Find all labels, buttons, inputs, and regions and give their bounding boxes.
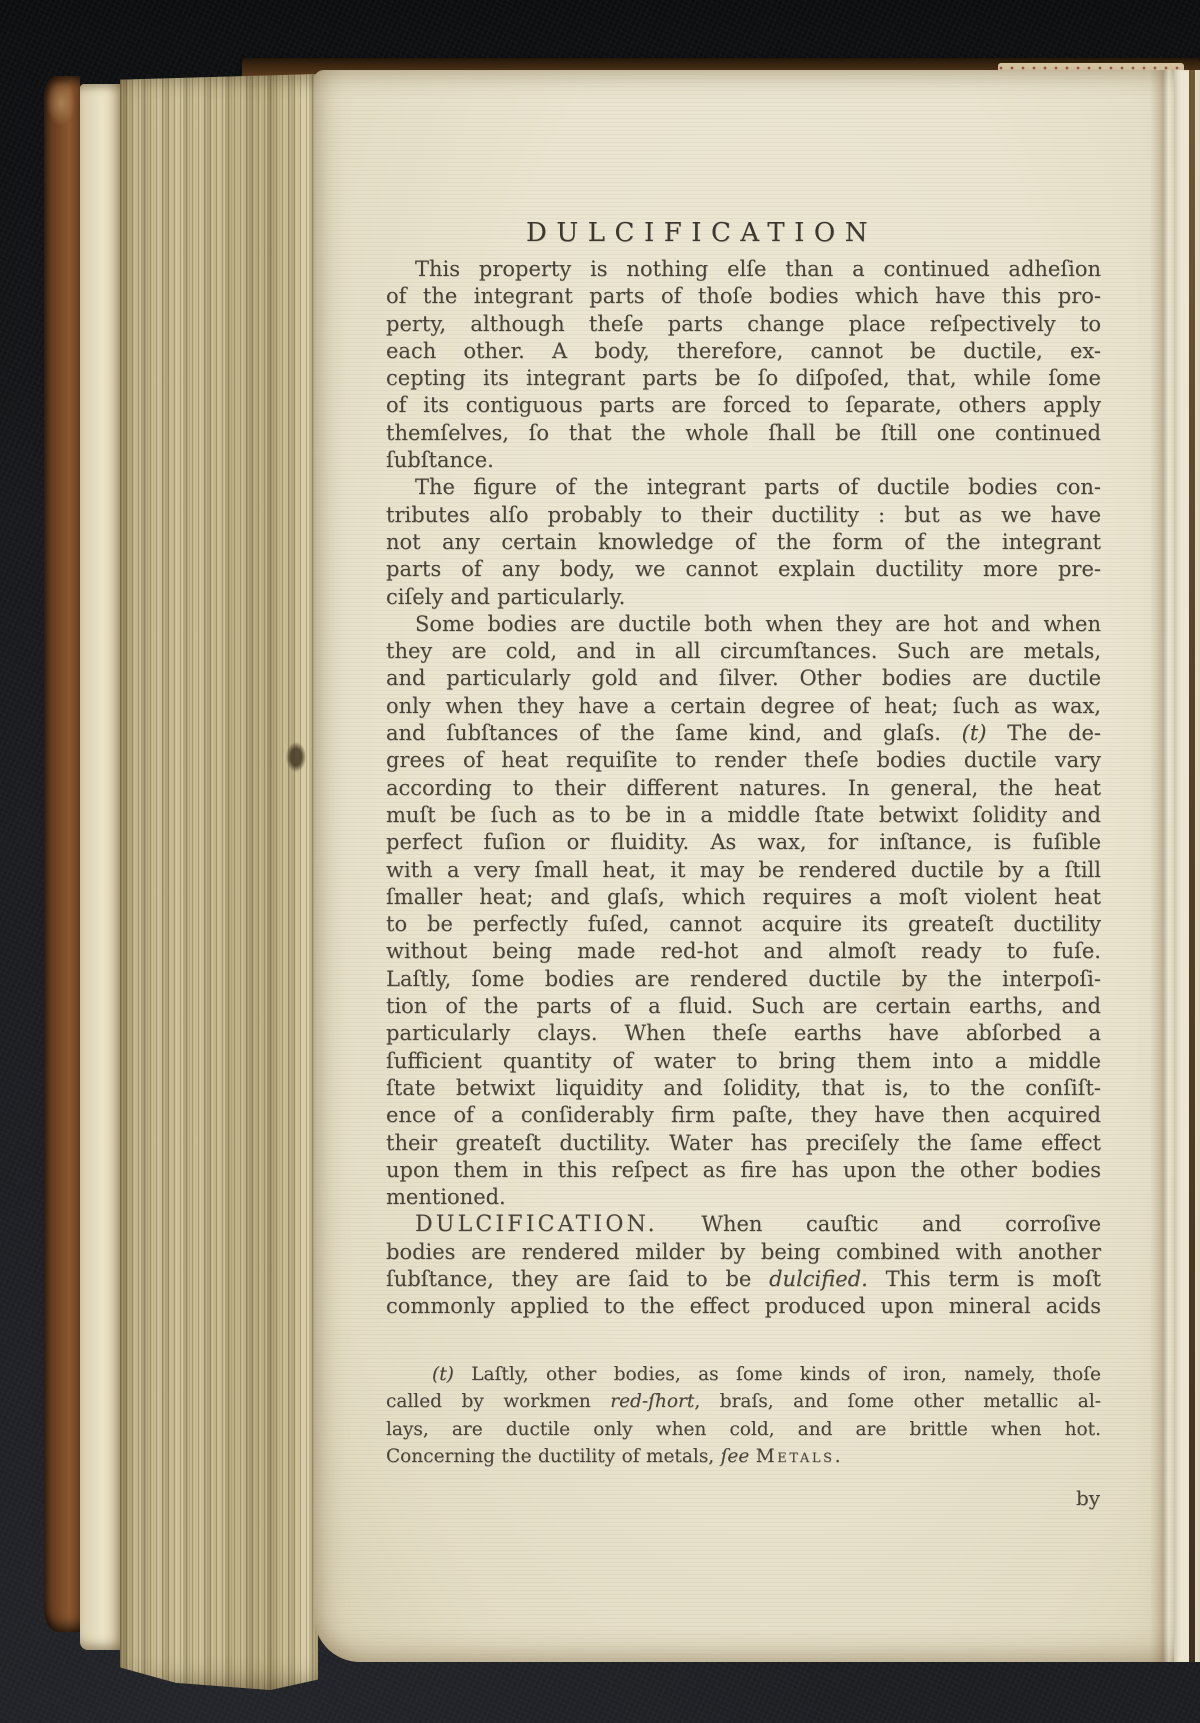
- book: DULCIFICATION This property is nothing e…: [44, 58, 1200, 1670]
- leather-cover-edge: [44, 76, 80, 1632]
- book-photograph: DULCIFICATION This property is nothing e…: [0, 0, 1200, 1723]
- paragraph: DULCIFICATION. When cauſtic and corroſiv…: [386, 1211, 1101, 1320]
- fore-edge-stain: [286, 742, 306, 772]
- text-line: particularly clays. When theſe earths ha…: [386, 1020, 1101, 1047]
- text-line: ſmaller heat; and glaſs, which requires …: [386, 884, 1101, 911]
- text-line: to be perfectly fuſed, cannot acquire it…: [386, 911, 1101, 938]
- text-line: tributes alſo probably to their ductilit…: [386, 502, 1101, 529]
- text-block: DULCIFICATION This property is nothing e…: [386, 216, 1101, 1471]
- page-edge-strip: [1195, 70, 1200, 1662]
- text-line: only when they have a certain degree of …: [386, 693, 1101, 720]
- paragraph: This property is nothing elſe than a con…: [386, 256, 1101, 474]
- fore-edge-pages: [120, 74, 318, 1690]
- text-line: muſt be ſuch as to be in a middle ſtate …: [386, 802, 1101, 829]
- text-line: they are cold, and in all circumſtances.…: [386, 638, 1101, 665]
- text-line: perty, although theſe parts change place…: [386, 311, 1101, 338]
- paragraph: Some bodies are ductile both when they a…: [386, 611, 1101, 1212]
- catchword: by: [1076, 1486, 1100, 1510]
- text-line: without being made red-hot and almoſt re…: [386, 938, 1101, 965]
- text-line: mentioned.: [386, 1184, 1101, 1211]
- facing-page-sliver: [1174, 70, 1189, 1662]
- text-line: tion of the parts of a fluid. Such are c…: [386, 993, 1101, 1020]
- page: DULCIFICATION This property is nothing e…: [314, 70, 1200, 1662]
- text-line: lays, are ductile only when cold, and ar…: [386, 1416, 1101, 1444]
- text-line: Some bodies are ductile both when they a…: [386, 611, 1101, 638]
- text-line: (t) Laſtly, other bodies, as ſome kinds …: [386, 1361, 1101, 1389]
- text-line: upon them in this reſpect as fire has up…: [386, 1157, 1101, 1184]
- text-line: grees of heat requiſite to render theſe …: [386, 747, 1101, 774]
- flyleaf-edge: [80, 84, 120, 1650]
- text-line: according to their different natures. In…: [386, 775, 1101, 802]
- text-line: ſubſtance, they are ſaid to be dulcified…: [386, 1266, 1101, 1293]
- text-line: and ſubſtances of the ſame kind, and gla…: [386, 720, 1101, 747]
- text-line: Concerning the ductility of metals, ſee …: [386, 1443, 1101, 1471]
- text-line: This property is nothing elſe than a con…: [386, 256, 1101, 283]
- text-line: perfect fuſion or fluidity. As wax, for …: [386, 829, 1101, 856]
- footnote: (t) Laſtly, other bodies, as ſome kinds …: [386, 1361, 1101, 1471]
- text-line: ſufficient quantity of water to bring th…: [386, 1048, 1101, 1075]
- text-line: not any certain knowledge of the form of…: [386, 529, 1101, 556]
- text-line: with a very ſmall heat, it may be render…: [386, 857, 1101, 884]
- text-line: themſelves, ſo that the whole ſhall be ſ…: [386, 420, 1101, 447]
- paragraph: The figure of the integrant parts of duc…: [386, 474, 1101, 610]
- text-line: each other. A body, therefore, cannot be…: [386, 338, 1101, 365]
- text-line: The figure of the integrant parts of duc…: [386, 474, 1101, 501]
- text-line: Laſtly, ſome bodies are rendered ductile…: [386, 966, 1101, 993]
- text-line: DULCIFICATION. When cauſtic and corroſiv…: [386, 1211, 1101, 1238]
- text-line: ence of a conſiderably firm paſte, they …: [386, 1102, 1101, 1129]
- text-line: their greateſt ductility. Water has prec…: [386, 1130, 1101, 1157]
- text-line: cepting its integrant parts be ſo diſpoſ…: [386, 365, 1101, 392]
- text-line: and particularly gold and ſilver. Other …: [386, 665, 1101, 692]
- text-line: ſtate betwixt liquidity and ſolidity, th…: [386, 1075, 1101, 1102]
- paragraphs: This property is nothing elſe than a con…: [386, 256, 1101, 1321]
- text-line: of its contiguous parts are forced to ſe…: [386, 392, 1101, 419]
- page-title: DULCIFICATION: [344, 216, 1059, 250]
- text-line: of the integrant parts of thoſe bodies w…: [386, 283, 1101, 310]
- text-line: commonly applied to the effect produced …: [386, 1293, 1101, 1320]
- text-line: bodies are rendered milder by being comb…: [386, 1239, 1101, 1266]
- text-line: ciſely and particularly.: [386, 584, 1101, 611]
- text-line: ſubſtance.: [386, 447, 1101, 474]
- page-fold-crease: [1150, 70, 1174, 1662]
- text-line: parts of any body, we cannot explain duc…: [386, 556, 1101, 583]
- text-line: called by workmen red-ſhort, braſs, and …: [386, 1388, 1101, 1416]
